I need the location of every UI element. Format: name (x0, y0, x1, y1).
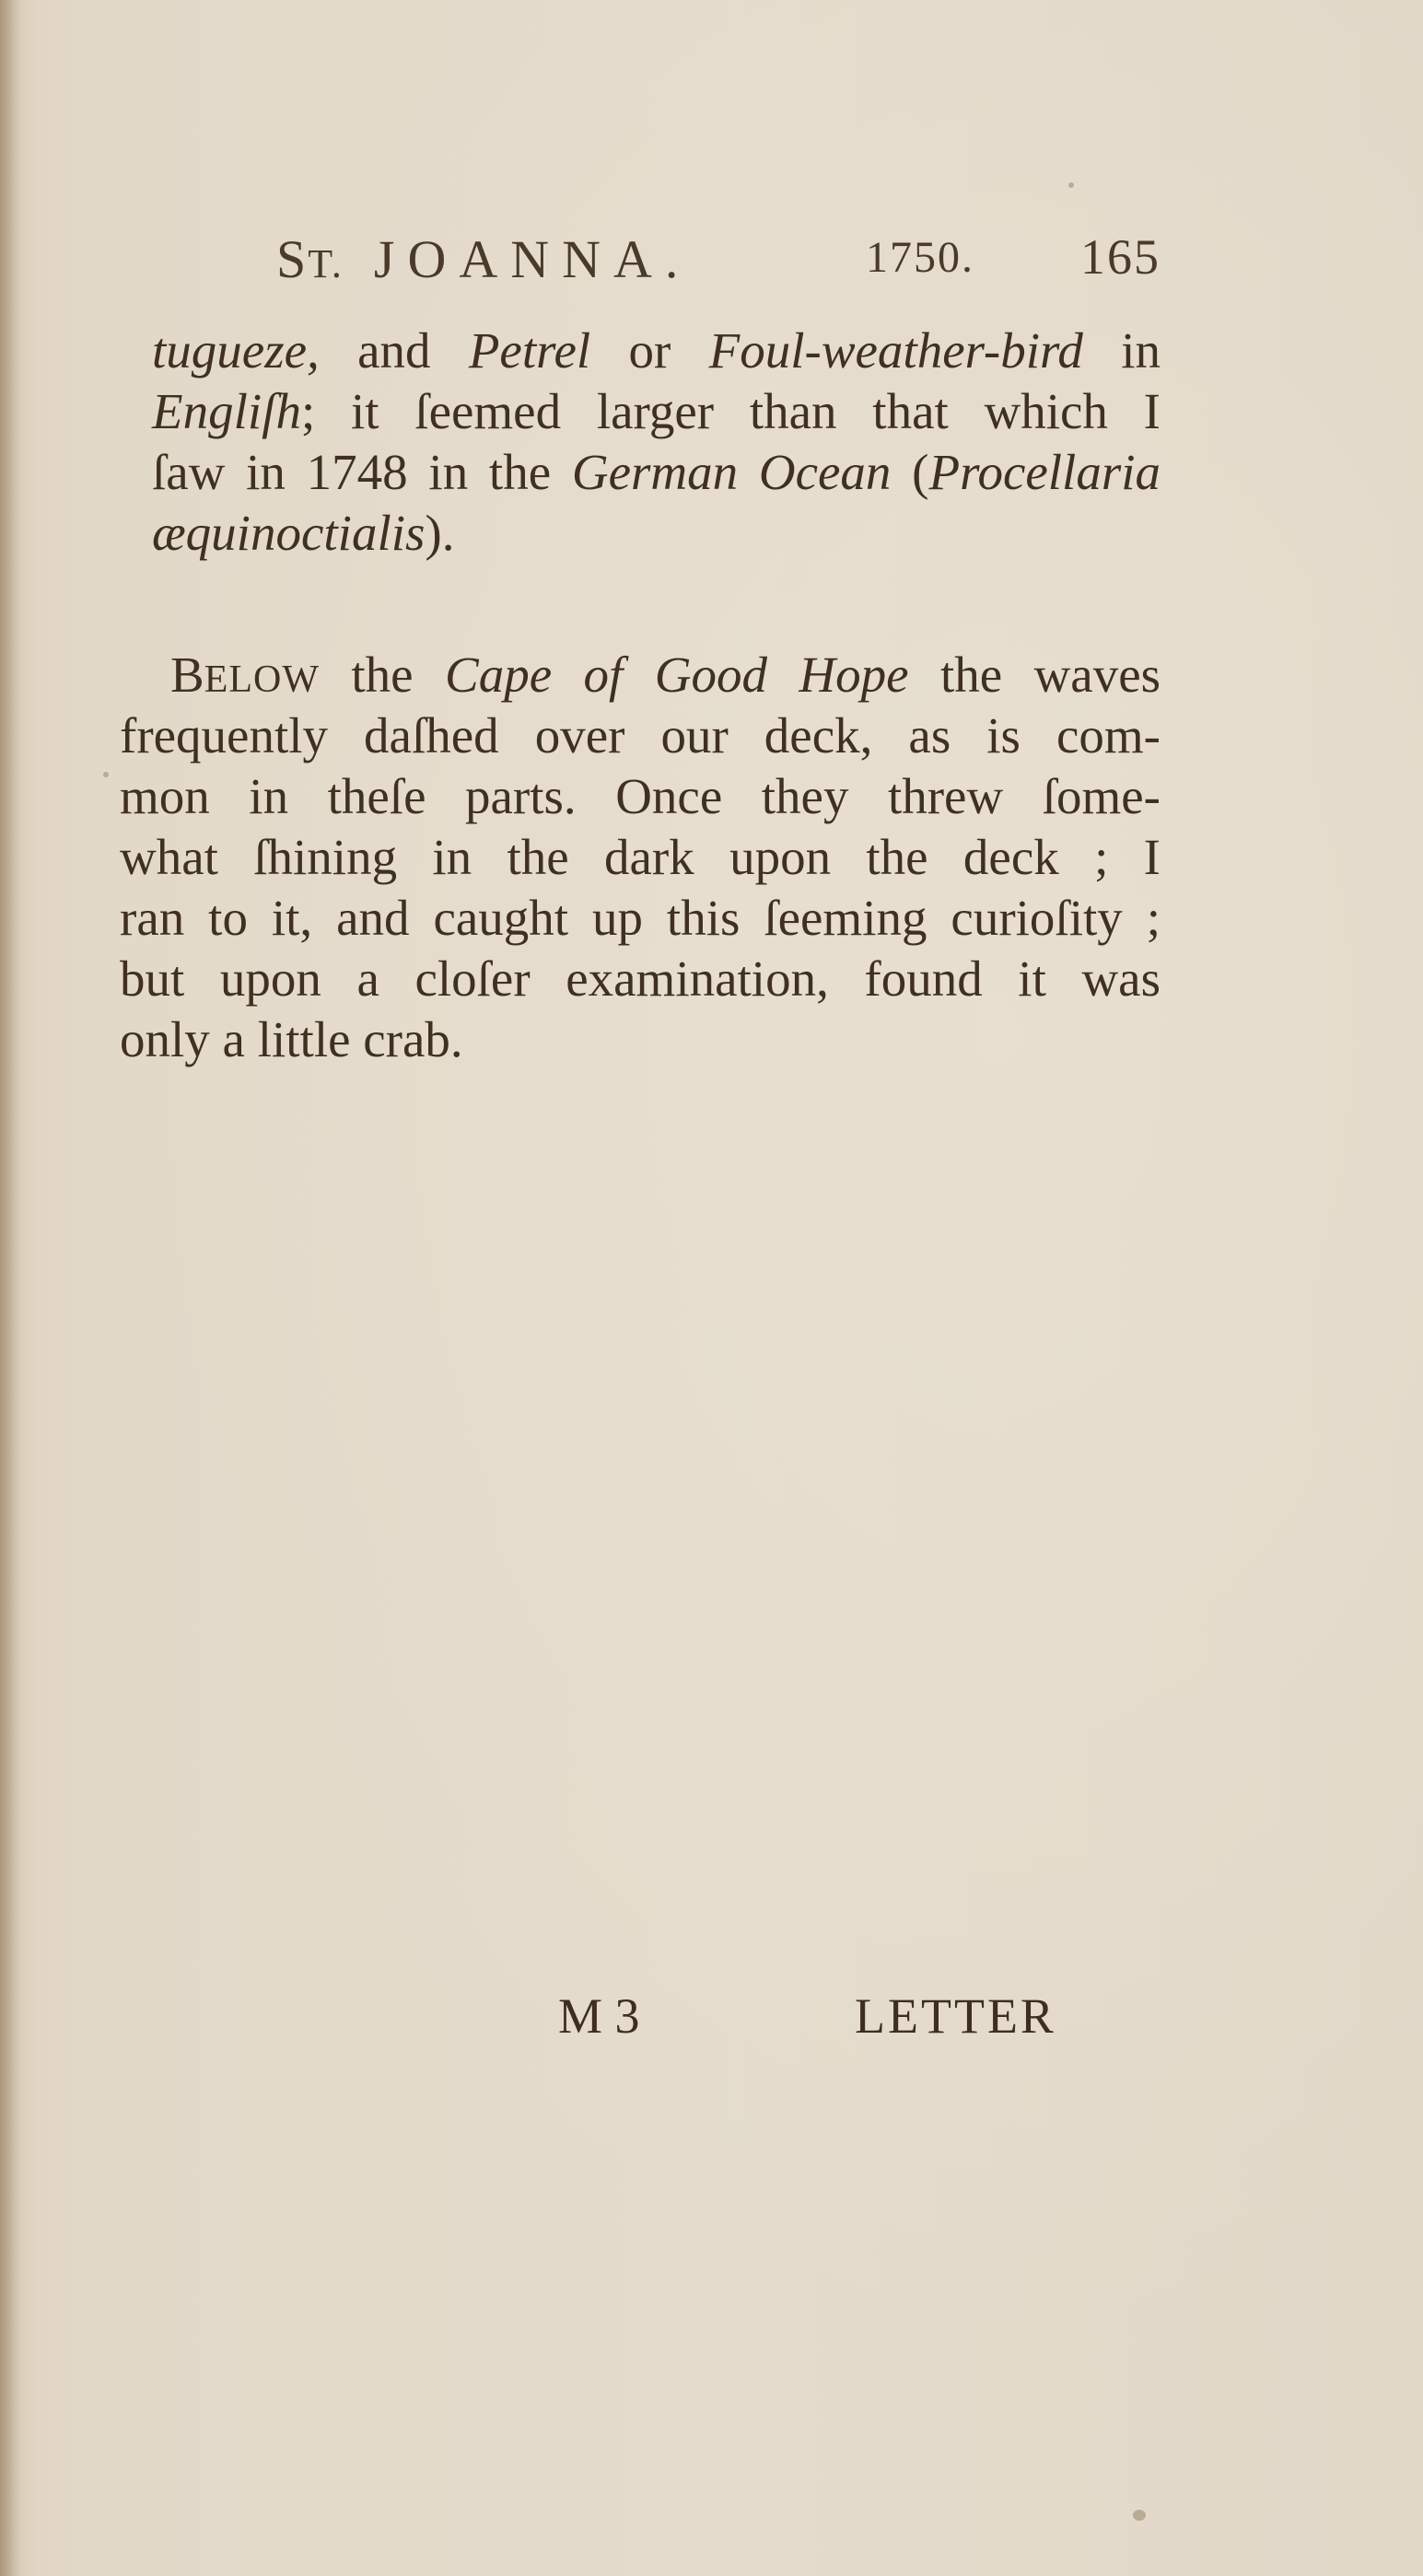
italic-text: Procellaria (928, 444, 1161, 500)
text-line: ſaw in 1748 in the German Ocean (Procell… (152, 442, 1161, 503)
text-line: only a little crab. (120, 1009, 463, 1070)
text-run: and (320, 322, 469, 379)
text-run: ( (891, 444, 928, 500)
text-line: BELOW the Cape of Good Hope the waves (170, 645, 1161, 705)
italic-text: Cape of Good Hope (445, 647, 909, 703)
book-page: ST. JOANNA. 1750. 165 tugueze, and Petre… (0, 0, 1423, 2576)
text-run: but upon a cloſer examination, found it … (120, 950, 1161, 1007)
paper-speck (1133, 2510, 1146, 2521)
paper-speck (103, 772, 109, 777)
text-line: æquinoctialis). (152, 503, 454, 564)
title-smallcaps: T. (308, 241, 344, 286)
text-run: ELOW (204, 659, 320, 701)
title-initial: S (276, 229, 308, 289)
text-run: the waves (909, 647, 1161, 703)
title-caps: JOANNA. (374, 229, 692, 289)
text-run: only a little crab. (120, 1011, 463, 1067)
italic-text: æquinoctialis (152, 505, 425, 561)
text-run: B (170, 647, 204, 703)
text-run: ). (425, 505, 454, 561)
text-line: ran to it, and caught up this ſeeming cu… (120, 888, 1161, 949)
text-run: mon in theſe parts. Once they threw ſome… (120, 768, 1161, 824)
page-number: 165 (1080, 228, 1161, 286)
text-run: what ſhining in the dark upon the deck ;… (120, 829, 1161, 885)
text-line: tugueze, and Petrel or Foul-weather-bird… (152, 321, 1161, 381)
text-run: ran to it, and caught up this ſeeming cu… (120, 890, 1161, 946)
running-head: ST. JOANNA. 1750. 165 (276, 228, 1161, 302)
text-run: ſaw in 1748 in the (152, 444, 572, 500)
text-line: what ſhining in the dark upon the deck ;… (120, 827, 1161, 888)
text-run: frequently daſhed over our deck, as is c… (120, 707, 1161, 763)
italic-text: German Ocean (572, 444, 892, 500)
running-year: 1750. (866, 232, 974, 283)
text-line: mon in theſe parts. Once they threw ſome… (120, 766, 1161, 827)
catchword: LETTER (855, 1987, 1056, 2045)
running-title: ST. JOANNA. (276, 228, 691, 290)
text-run: in (1083, 322, 1161, 379)
text-run: ; it ſeemed larger than that which I (301, 383, 1161, 439)
text-line: frequently daſhed over our deck, as is c… (120, 705, 1161, 766)
text-line: but upon a cloſer examination, found it … (120, 949, 1161, 1009)
paper-speck (1068, 182, 1074, 188)
signature-mark: M 3 (558, 1987, 640, 2045)
text-line: Engliſh; it ſeemed larger than that whic… (152, 381, 1161, 442)
gutter-shadow (0, 0, 20, 2576)
italic-text: Foul-weather-bird (709, 322, 1083, 379)
italic-text: Petrel (469, 322, 590, 379)
italic-text: Engliſh (152, 383, 301, 439)
italic-text: tugueze, (152, 322, 320, 379)
text-run: or (590, 322, 708, 379)
text-run: the (320, 647, 445, 703)
